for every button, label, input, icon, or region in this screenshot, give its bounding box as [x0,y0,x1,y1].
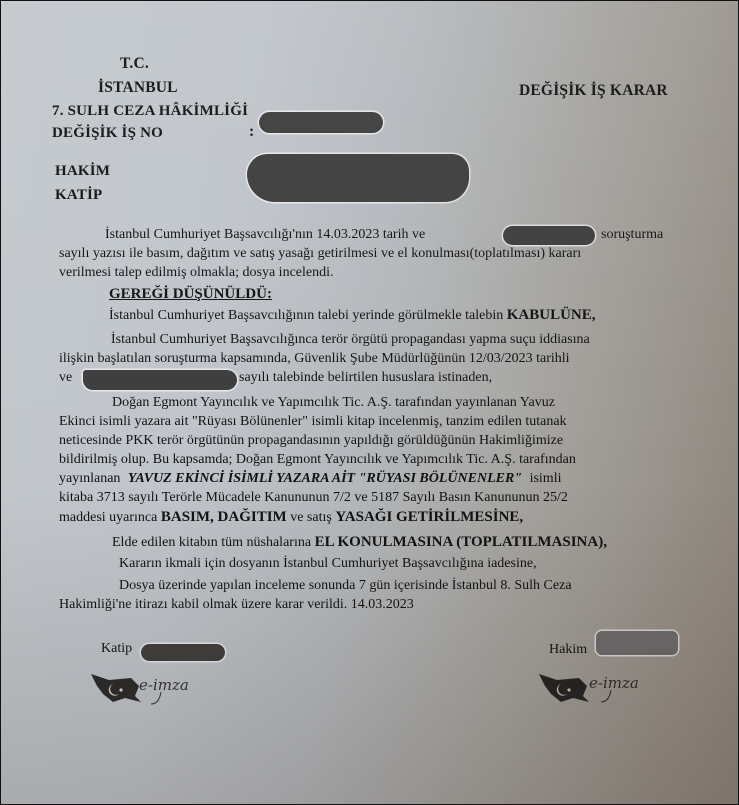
para3-line-6: kitaba 3713 sayılı Terörle Mücadele Kanu… [59,490,568,506]
e-imza-text: e-imza [139,676,189,694]
header-tc: T.C. [120,55,149,73]
clerk-label: KATİP [55,187,102,204]
decision-heading: GEREĞİ DÜŞÜNÜLDÜ: [109,286,272,303]
intro-line-3: verilmesi talep edilmiş olmakla; dosya i… [59,265,333,281]
redacted-case-number [259,112,383,133]
redacted-clerk-name [141,644,225,661]
ban-emphasis-2: YASAĞI GETİRİLMESİNE, [335,509,523,525]
para3-line-5-post: isimli [530,471,562,486]
e-signature-flag-icon: e-imza [535,666,655,714]
judge-label: HAKİM [55,163,110,180]
e-imza-text: e-imza [589,674,639,692]
seizure-line: Elde edilen kitabın tüm nüshalarına EL K… [112,534,607,551]
redacted-names [247,154,469,202]
para2-line-1: İstanbul Cumhuriyet Başsavcılığınca terö… [111,332,590,348]
intro-line-2: sayılı yazısı ile basım, dağıtım ve satı… [59,246,581,262]
judge-signature-label: Hakim [549,642,587,658]
para3-line-7: maddesi uyarınca BASIM, DAĞITIM ve satış… [59,509,523,526]
document-type-title: DEĞİŞİK İŞ KARAR [519,82,668,100]
para3-line-7-mid: ve satış [287,510,336,525]
ban-emphasis-1: BASIM, DAĞITIM [161,509,287,525]
intro-line-1b: soruşturma [601,227,663,243]
header-city: İSTANBUL [98,79,178,97]
clerk-signature-label: Katip [101,641,132,657]
para3-line-5-pre: yayınlanan [59,471,120,486]
para2-line-3a: ve [59,370,72,386]
para2-line-2: ilişkin başlatılan soruşturma kapsamında… [59,351,570,367]
acceptance-line: İstanbul Cumhuriyet Başsavcılığının tale… [109,307,596,324]
seizure-emphasis: EL KONULMASINA (TOPLATILMASINA), [315,534,607,550]
return-line: Kararın ikmali için dosyanın İstanbul Cu… [119,556,537,572]
court-name: 7. SULH CEZA HÂKİMLİĞİ [52,103,248,120]
acceptance-text: İstanbul Cumhuriyet Başsavcılığının tale… [109,308,507,323]
redacted-judge-name [596,631,678,655]
closing-line-2: Hakimliği'ne itirazı kabil olmak üzere k… [59,597,414,613]
case-no-label: DEĞİŞİK İŞ NO [52,125,163,142]
intro-line-1a: İstanbul Cumhuriyet Başsavcılığı'nın 14.… [105,227,425,243]
para3-line-4: bildirilmiş olup. Bu kapsamda; Doğan Egm… [59,452,576,468]
scanned-document: T.C. İSTANBUL 7. SULH CEZA HÂKİMLİĞİ DEĞ… [0,0,739,805]
para3-line-3: neticesinde PKK terör örgütünün propagan… [59,433,563,449]
acceptance-verdict: KABULÜNE, [507,307,596,323]
para3-line-2: Ekinci isimli yazara ait "Rüyası Bölünen… [59,414,567,430]
redacted-investigation-no [503,226,595,245]
case-no-colon: : [249,123,254,141]
e-signature-flag-icon: e-imza [87,666,207,714]
para3-line-1: Doğan Egmont Yayıncılık ve Yapımcılık Ti… [112,395,555,411]
para2-line-3b: sayılı talebinde belirtilen hususlara is… [239,370,492,386]
seizure-text: Elde edilen kitabın tüm nüshalarına [112,535,315,550]
book-title-emphasis: YAVUZ EKİNCİ İSİMLİ YAZARA AİT "RÜYASI B… [128,471,522,486]
closing-line-1: Dosya üzerinde yapılan inceleme sonunda … [119,578,572,594]
para3-line-5: yayınlanan YAVUZ EKİNCİ İSİMLİ YAZARA Aİ… [59,471,561,487]
redacted-request-no [83,370,237,390]
para3-line-7-pre: maddesi uyarınca [59,510,161,525]
